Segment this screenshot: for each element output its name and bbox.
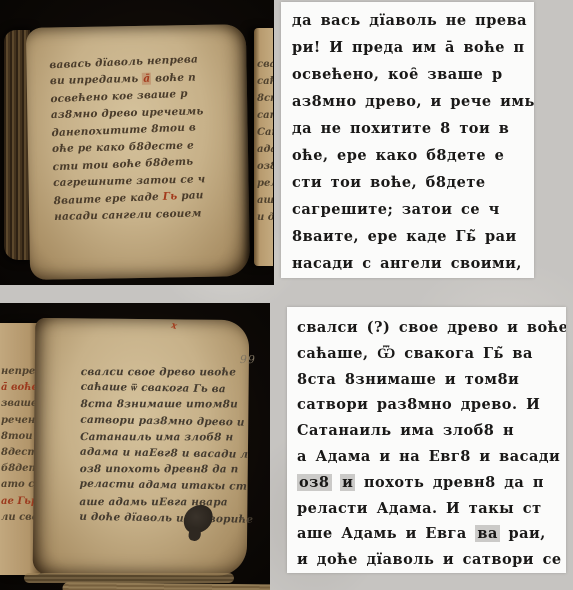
manuscript-photo-top: вавась дїаволь непрева ви ипредаимь а̄ в…	[0, 0, 274, 285]
page-bottom-edges	[62, 582, 270, 590]
transcription-line: Сатанаиль има злоб8 н	[297, 418, 566, 444]
handwritten-line: адама и наЕвг8 и васади л	[80, 444, 254, 463]
highlighted-word: оз8	[297, 474, 332, 491]
transcription-line: ри! И преда им а̄ воће п	[292, 34, 534, 61]
transcription-line: 8ста 8знимаше и том8и	[297, 367, 566, 393]
rubric-letter: а̄	[142, 73, 151, 85]
transcription-line: 8ваите, ере каде Гь̃ раи	[292, 223, 534, 250]
transcription-line: аз8мно древо, и рече имь:	[292, 88, 534, 115]
manuscript-photo-bottom: непреве а̄ воће п зваше р реченль 8тои в…	[0, 303, 270, 590]
transcription-line: да вась дїаволь не прева	[292, 7, 534, 34]
highlighted-word: и	[340, 474, 355, 491]
highlighted-word: ва	[475, 525, 499, 542]
page-stack-edges	[24, 573, 234, 583]
composite-manuscript-study: вавась дїаволь непрева ви ипредаимь а̄ в…	[0, 0, 573, 590]
transcription-line: насади с ангели своими,	[292, 250, 534, 277]
handwritten-line: свалси свое древо ивоће	[81, 364, 255, 380]
transcription-line: и доће дїаволь и сатвори се	[297, 547, 566, 573]
transcription-line: а Адама и на Евг8 и васади л	[297, 444, 566, 470]
transcription-line: сти тои воће, б8дете	[292, 169, 534, 196]
handwritten-line: аше адамь иЕвга нвара	[79, 494, 253, 510]
facing-page-edge: сва саћ 8ст сат Сат ада оз8 рел аше и д	[254, 28, 273, 266]
transcription-line: оз8 и похоть древн8 да п	[297, 470, 566, 496]
handwritten-line: сатвори раз8мно древо и	[80, 411, 254, 430]
handwritten-line: насади сангели своием	[54, 205, 207, 226]
transcription-line: да не похитите 8 тои в	[292, 115, 534, 142]
transcription-line: саћаше, Ѿ свакога Гь̃ ва	[297, 341, 566, 367]
transcription-line: оће, ере како б8дете е	[292, 142, 534, 169]
transcription-panel-top: да вась дїаволь не прева ри! И преда им …	[281, 2, 534, 278]
facing-page-text-fragments: сва саћ 8ст сат Сат ада оз8 рел аше и д	[257, 56, 273, 226]
transcription-panel-bottom: свалси (?) свое древо и воће саћаше, Ѿ с…	[287, 307, 566, 573]
transcription-line: сатвори раз8мно древо. И	[297, 392, 566, 418]
rubric-word: Гь	[163, 190, 178, 203]
handwritten-text-block: вавась дїаволь непрева ви ипредаимь а̄ в…	[49, 52, 207, 227]
handwritten-text-block: свалси свое древо ивоће саћаше ѿ свакога…	[79, 363, 255, 527]
manuscript-page-left: вавась дїаволь непрева ви ипредаимь а̄ в…	[26, 24, 250, 280]
transcription-line: сагрешите; затои се ч	[292, 196, 534, 223]
transcription-line: аше Адамь и Евга ва раи,	[297, 521, 566, 547]
handwritten-line: 8ста 8знимаше итом8и	[80, 396, 254, 412]
manuscript-page-right: х 99 свалси свое древо ивоће саћаше ѿ св…	[33, 318, 250, 576]
red-corner-mark: х	[170, 321, 179, 332]
transcription-line: реласти Адама. И такы ст	[297, 496, 566, 522]
transcription-line: свалси (?) свое древо и воће	[297, 315, 566, 341]
handwritten-line: реласти адама итакы ст	[79, 476, 253, 495]
handwritten-line: Сатанаиль има злоб8 н	[80, 429, 254, 445]
handwritten-line: и доће дїаволь исатвориће	[79, 508, 253, 527]
transcription-line: освећено, кое̑ зваше р	[292, 61, 534, 88]
